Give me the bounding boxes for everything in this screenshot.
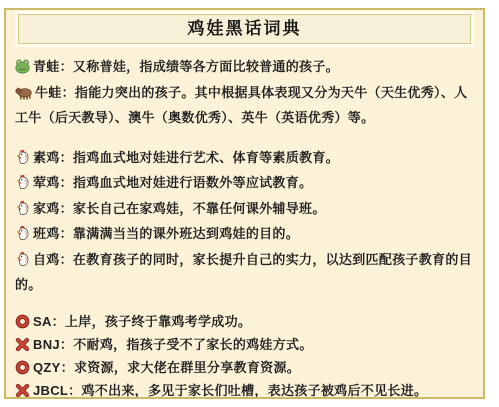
term-label: BNJ [33, 337, 60, 352]
page-title: 鸡娃黑话词典 [18, 14, 471, 44]
term-label: 班鸡 [33, 226, 60, 241]
chicken-icon [15, 200, 30, 216]
separator: ： [60, 226, 73, 241]
chicken-icon [15, 225, 30, 241]
separator: ： [60, 175, 73, 190]
definition-text: 又称普娃，指成绩等各方面比较普通的孩子。 [73, 59, 339, 74]
cross-icon [15, 337, 30, 352]
definition-text: 鸡不出来，多见于家长们吐槽，表达孩子被鸡后不见长进。 [81, 383, 427, 398]
dict-entry: 素鸡：指鸡血式地对娃进行艺术、体育等素质教育。 [15, 145, 474, 171]
dict-entry: 家鸡：家长自己在家鸡娃，不靠任何课外辅导班。 [15, 196, 474, 222]
frog-icon [15, 59, 30, 74]
separator: ： [62, 85, 75, 100]
definition-text: 指鸡血式地对娃进行艺术、体育等素质教育。 [73, 150, 339, 165]
dict-entry: SA：上岸，孩子终于靠鸡考学成功。 [15, 310, 474, 333]
definition-text: 指鸡血式地对娃进行语数外等应试教育。 [73, 175, 312, 190]
definition-text: 不耐鸡，指孩子受不了家长的鸡娃方式。 [73, 337, 312, 352]
separator: ： [60, 150, 73, 165]
dictionary-card: 鸡娃黑话词典 青蛙：又称普娃，指成绩等各方面比较普通的孩子。 牛蛙：指能力突出的… [4, 8, 485, 399]
section-kid-types: 青蛙：又称普娃，指成绩等各方面比较普通的孩子。 牛蛙：指能力突出的孩子。其中根据… [15, 54, 474, 131]
dict-entry: BNJ：不耐鸡，指孩子受不了家长的鸡娃方式。 [15, 333, 474, 356]
dict-entry: 牛蛙：指能力突出的孩子。其中根据具体表现又分为天牛（天生优秀）、人工牛（后天教导… [15, 80, 474, 131]
term-label: 荤鸡 [33, 175, 60, 190]
term-label: 青蛙 [33, 59, 60, 74]
separator: ： [60, 201, 73, 216]
dict-entry: 班鸡：靠满满当当的课外班达到鸡娃的目的。 [15, 221, 474, 247]
separator: ： [61, 360, 74, 375]
term-label: SA [33, 314, 52, 329]
dict-entry: 荤鸡：指鸡血式地对娃进行语数外等应试教育。 [15, 170, 474, 196]
separator: ： [60, 337, 73, 352]
definition-text: 在教育孩子的同时，家长提升自己的实力，以达到匹配孩子教育的目的。 [15, 252, 472, 293]
dict-entry: JBCL：鸡不出来，多见于家长们吐槽，表达孩子被鸡后不见长进。 [15, 379, 474, 400]
chicken-icon [15, 251, 30, 267]
circle-icon [15, 314, 30, 329]
chicken-icon [15, 174, 30, 190]
term-label: JBCL [33, 383, 68, 398]
separator: ： [52, 314, 65, 329]
chicken-icon [15, 149, 30, 165]
definition-text: 家长自己在家鸡娃，不靠任何课外辅导班。 [73, 201, 326, 216]
definition-text: 求资源，求大佬在群里分享教育资源。 [74, 360, 300, 375]
dict-entry: 青蛙：又称普娃，指成绩等各方面比较普通的孩子。 [15, 54, 474, 80]
definition-text: 指能力突出的孩子。其中根据具体表现又分为天牛（天生优秀）、人工牛（后天教导）、澳… [15, 85, 467, 126]
term-label: 素鸡 [33, 150, 60, 165]
separator: ： [60, 59, 73, 74]
term-label: 家鸡 [33, 201, 60, 216]
ox-icon [15, 86, 32, 100]
section-chicken-methods: 素鸡：指鸡血式地对娃进行艺术、体育等素质教育。 荤鸡：指鸡血式地对娃进行语数外等… [15, 145, 474, 298]
dict-entry: QZY：求资源，求大佬在群里分享教育资源。 [15, 356, 474, 379]
definition-text: 上岸，孩子终于靠鸡考学成功。 [65, 314, 251, 329]
separator: ： [68, 383, 81, 398]
term-label: 自鸡 [33, 252, 60, 267]
section-abbreviations: SA：上岸，孩子终于靠鸡考学成功。 BNJ：不耐鸡，指孩子受不了家长的鸡娃方式。… [15, 310, 474, 400]
circle-icon [15, 360, 30, 375]
separator: ： [60, 252, 73, 267]
cross-icon [15, 383, 30, 398]
term-label: 牛蛙 [35, 85, 62, 100]
term-label: QZY [33, 360, 61, 375]
definition-text: 靠满满当当的课外班达到鸡娃的目的。 [73, 226, 299, 241]
dict-entry: 自鸡：在教育孩子的同时，家长提升自己的实力，以达到匹配孩子教育的目的。 [15, 247, 474, 298]
